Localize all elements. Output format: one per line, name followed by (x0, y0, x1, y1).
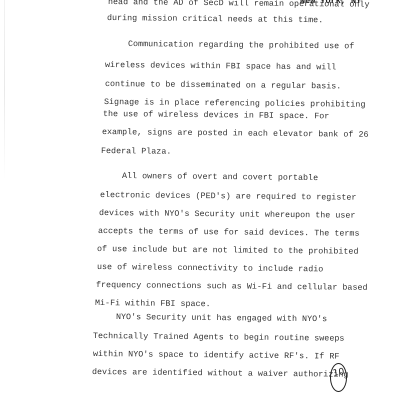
text-line: Federal Plaza. (101, 147, 171, 157)
text-line: use of wireless connectivity to include … (97, 263, 323, 274)
text-line: wireless devices within FBI space has an… (105, 61, 336, 72)
handwritten-page-number: 10 (330, 363, 347, 392)
text-line: electronic devices (PED's) are required … (100, 191, 357, 203)
text-line: Mi-Fi within FBI space. (95, 299, 211, 309)
text-line: example, signs are posted in each elevat… (102, 128, 369, 140)
text-line: All owners of overt and covert portable (122, 172, 318, 183)
text-line: devices are identified without a waiver … (92, 368, 349, 380)
text-line: during mission critical needs at this ti… (107, 14, 323, 25)
text-line: head and the AD of SecD will remain oper… (108, 0, 370, 10)
text-line: accepts the terms of use for said device… (98, 227, 360, 239)
document-page: New York, NY head and the AD of SecD wil… (0, 0, 400, 400)
scan-margin-artifact (4, 0, 5, 180)
text-line: devices with NYO's Security unit whereup… (99, 209, 356, 221)
text-line: Signage is in place referencing policies… (104, 98, 366, 110)
text-line: within NYO's space to identify active RF… (93, 350, 340, 362)
text-line: continue to be disseminated on a regular… (105, 80, 341, 91)
text-line: NYO's Security unit has engaged with NYO… (116, 313, 327, 324)
text-line: the use of wireless devices in FBI space… (103, 110, 329, 121)
text-line: Technically Trained Agents to begin rout… (93, 332, 345, 344)
text-line: frequency connections such as Wi-Fi and … (96, 281, 368, 293)
text-line: of use include but are not limited to th… (97, 245, 359, 257)
text-line: Communication regarding the prohibited u… (128, 40, 354, 51)
page-number-text: 10 (332, 367, 345, 379)
